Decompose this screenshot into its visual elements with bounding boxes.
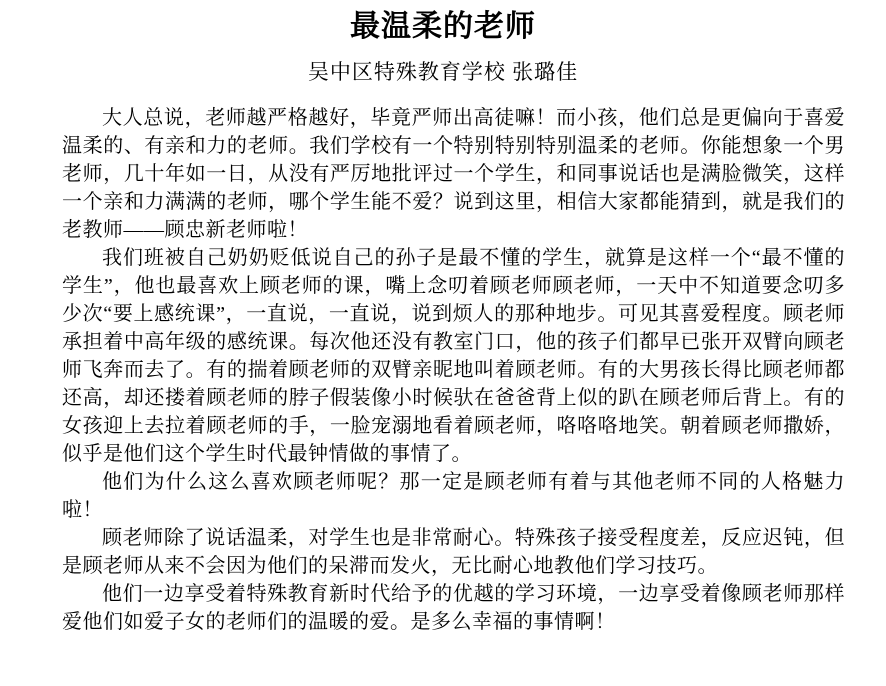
- paragraph-4: 顾老师除了说话温柔，对学生也是非常耐心。特殊孩子接受程度差，反应迟钝，但是顾老师…: [62, 524, 845, 580]
- paragraph-2: 我们班被自己奶奶贬低说自己的孙子是最不懂的学生，就算是这样一个“最不懂的学生”，…: [62, 244, 845, 468]
- paragraph-3: 他们为什么这么喜欢顾老师呢？那一定是顾老师有着与其他老师不同的人格魅力啦！: [62, 468, 845, 524]
- document-page: 最温柔的老师 吴中区特殊教育学校 张璐佳 大人总说，老师越严格越好，毕竟严师出高…: [0, 0, 886, 686]
- paragraph-1: 大人总说，老师越严格越好，毕竟严师出高徒嘛！而小孩，他们总是更偏向于喜爱温柔的、…: [62, 104, 845, 244]
- document-byline: 吴中区特殊教育学校 张璐佳: [0, 60, 886, 84]
- paragraph-5: 他们一边享受着特殊教育新时代给予的优越的学习环境，一边享受着像顾老师那样爱他们如…: [62, 580, 845, 636]
- document-body: 大人总说，老师越严格越好，毕竟严师出高徒嘛！而小孩，他们总是更偏向于喜爱温柔的、…: [0, 104, 886, 636]
- document-title: 最温柔的老师: [0, 0, 886, 44]
